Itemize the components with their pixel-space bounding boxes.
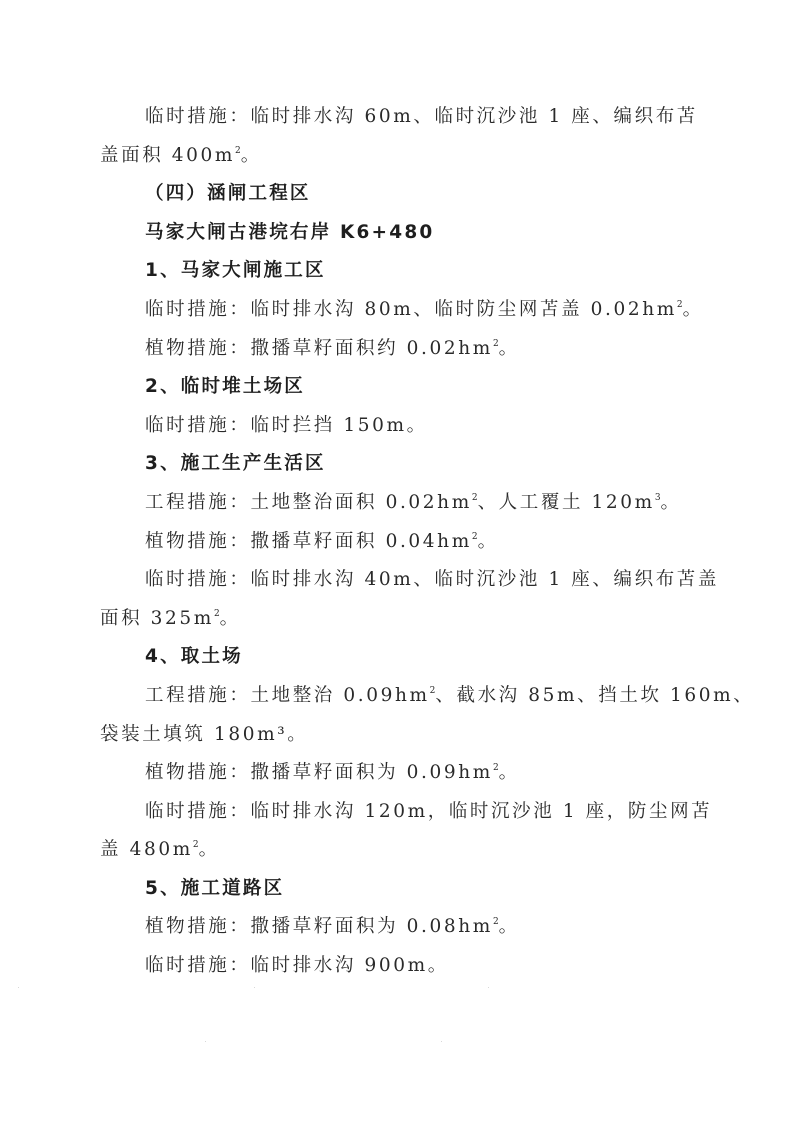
text-run: 植物措施：撒播草籽面积约 0.02hm [145, 338, 493, 359]
subsection-heading-4: 4、取土场 [100, 638, 690, 677]
paragraph-line: 植物措施：撒播草籽面积约 0.02hm2。 [100, 330, 690, 369]
text-run: 。 [499, 762, 520, 783]
paragraph-line: 临时措施：临时拦挡 150m。 [100, 407, 690, 446]
text-run: 、截水沟 85m、挡土坎 160m、 [435, 685, 754, 706]
text-run: 临时措施：临时排水沟 60m、临时沉沙池 1 座、编织布苫 [145, 106, 698, 127]
text-run: 临时措施：临时排水沟 40m、临时沉沙池 1 座、编织布苫盖 [145, 569, 719, 590]
paragraph-line: 植物措施：撒播草籽面积为 0.09hm2。 [100, 754, 690, 793]
heading-text: 5、施工道路区 [145, 878, 284, 899]
subsection-heading-2: 2、临时堆土场区 [100, 368, 690, 407]
text-run: 、人工覆土 120m [478, 492, 655, 513]
heading-text: 1、马家大闸施工区 [145, 260, 326, 281]
text-run: 。 [499, 338, 520, 359]
text-run: 。 [683, 299, 704, 320]
heading-text: 马家大闸古港垸右岸 K6+480 [145, 222, 434, 243]
text-run: 工程措施：土地整治 0.09hm [145, 685, 430, 706]
text-run: 袋装土填筑 180m³。 [100, 724, 308, 745]
paragraph-line: 临时措施：临时排水沟 60m、临时沉沙池 1 座、编织布苫 [100, 98, 690, 137]
text-run: 。 [661, 492, 682, 513]
heading-text: 4、取土场 [145, 646, 243, 667]
paragraph-line: 面积 325m2。 [100, 600, 690, 639]
text-run: 盖 480m [100, 839, 193, 860]
text-run: 临时措施：临时排水沟 900m。 [145, 955, 449, 976]
text-run: 植物措施：撒播草籽面积为 0.09hm [145, 762, 493, 783]
text-run: 盖面积 400m [100, 145, 235, 166]
paragraph-line: 盖 480m2。 [100, 831, 690, 870]
text-run: 工程措施：土地整治面积 0.02hm [145, 492, 472, 513]
paragraph-line: 临时措施：临时排水沟 120m，临时沉沙池 1 座，防尘网苫 [100, 793, 690, 832]
paragraph-line: 盖面积 400m2。 [100, 137, 690, 176]
text-run: 。 [220, 608, 241, 629]
text-run: 。 [499, 916, 520, 937]
paragraph-line: 临时措施：临时排水沟 80m、临时防尘网苫盖 0.02hm2。 [100, 291, 690, 330]
subsection-heading-1: 1、马家大闸施工区 [100, 252, 690, 291]
section-heading-culvert-area: （四）涵闸工程区 [100, 175, 690, 214]
heading-text: （四）涵闸工程区 [145, 183, 311, 204]
scan-speck [488, 987, 489, 988]
subsection-heading-5: 5、施工道路区 [100, 870, 690, 909]
location-heading: 马家大闸古港垸右岸 K6+480 [100, 214, 690, 253]
text-run: 。 [199, 839, 220, 860]
text-run: 临时措施：临时拦挡 150m。 [145, 415, 428, 436]
paragraph-line: 袋装土填筑 180m³。 [100, 716, 690, 755]
subsection-heading-3: 3、施工生产生活区 [100, 445, 690, 484]
text-run: 植物措施：撒播草籽面积 0.04hm [145, 531, 472, 552]
heading-text: 2、临时堆土场区 [145, 376, 305, 397]
text-run: 。 [478, 531, 499, 552]
scan-speck [441, 1041, 442, 1042]
paragraph-line: 临时措施：临时排水沟 40m、临时沉沙池 1 座、编织布苫盖 [100, 561, 690, 600]
paragraph-line: 工程措施：土地整治面积 0.02hm2、人工覆土 120m3。 [100, 484, 690, 523]
text-run: 临时措施：临时排水沟 120m，临时沉沙池 1 座，防尘网苫 [145, 801, 712, 822]
paragraph-line: 临时措施：临时排水沟 900m。 [100, 947, 690, 986]
paragraph-line: 植物措施：撒播草籽面积为 0.08hm2。 [100, 908, 690, 947]
paragraph-line: 工程措施：土地整治 0.09hm2、截水沟 85m、挡土坎 160m、 [100, 677, 690, 716]
scan-speck [254, 987, 255, 988]
paragraph-line: 植物措施：撒播草籽面积 0.04hm2。 [100, 523, 690, 562]
text-run: 临时措施：临时排水沟 80m、临时防尘网苫盖 0.02hm [145, 299, 677, 320]
text-run: 植物措施：撒播草籽面积为 0.08hm [145, 916, 493, 937]
heading-text: 3、施工生产生活区 [145, 453, 326, 474]
text-run: 。 [241, 145, 262, 166]
text-run: 面积 325m [100, 608, 214, 629]
document-page: 临时措施：临时排水沟 60m、临时沉沙池 1 座、编织布苫 盖面积 400m2。… [100, 98, 690, 986]
scan-speck [205, 1041, 206, 1042]
scan-speck [18, 987, 19, 988]
